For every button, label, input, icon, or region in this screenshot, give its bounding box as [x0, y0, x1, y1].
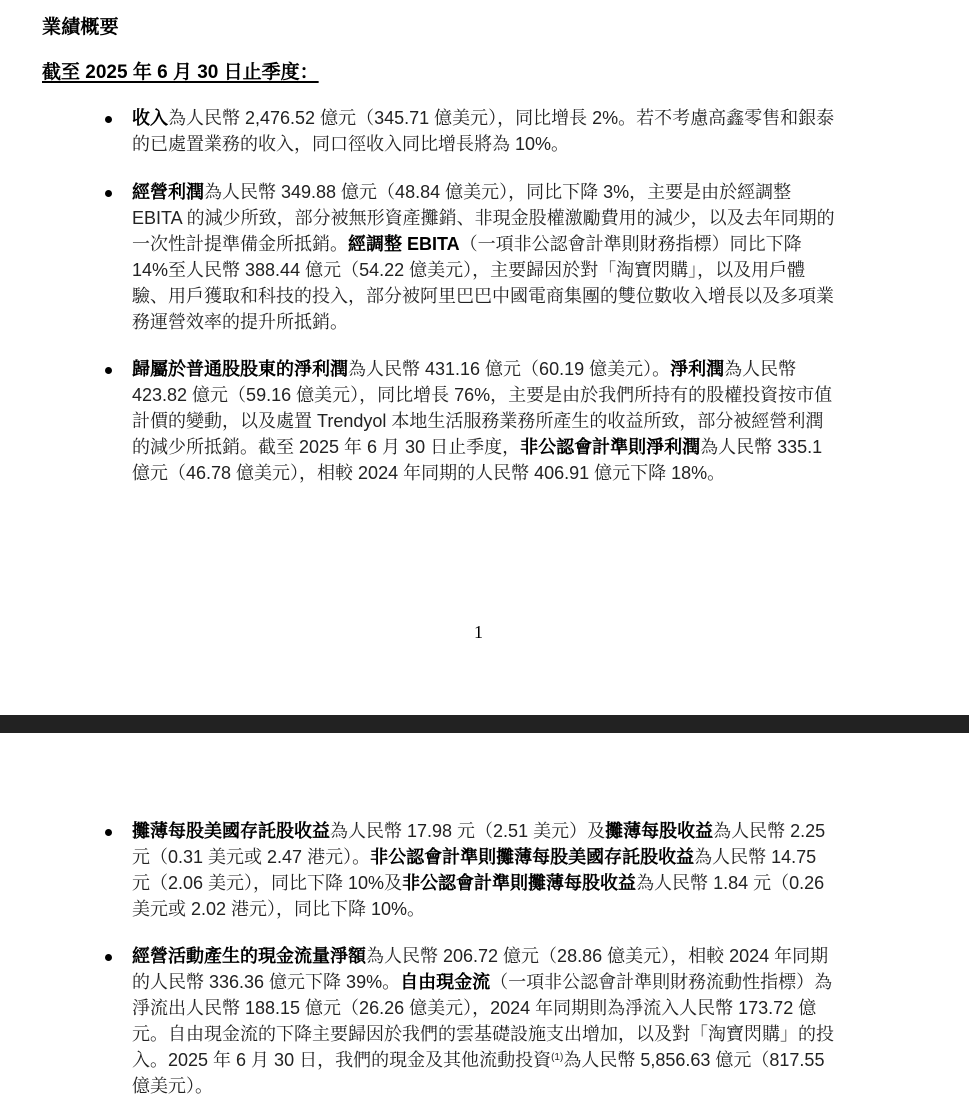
bullet-cash-flow: 經營活動產生的現金流量淨額為人民幣 206.72 億元（28.86 億美元），相… [132, 944, 922, 1099]
bullet-dot-icon [105, 190, 112, 197]
text-line: 的已處置業務的收入，同口徑收入同比增長將為 10%。 [132, 132, 922, 158]
text-run: 一次性計提準備金所抵銷。 [132, 234, 348, 254]
bullet-diluted-eps: 攤薄每股美國存託股收益為人民幣 17.98 元（2.51 美元）及攤薄每股收益為… [132, 819, 922, 923]
section-title: 業績概要 [42, 15, 119, 41]
text-line: 經營活動產生的現金流量淨額為人民幣 206.72 億元（28.86 億美元），相… [132, 944, 922, 970]
text-run: 億元（46.78 億美元），相較 2024 年同期的人民幣 406.91 億元下… [132, 463, 725, 483]
text-run: 元（0.31 美元或 2.47 港元）。 [132, 847, 370, 867]
emphasized-term: 自由現金流 [400, 972, 490, 992]
bullet-revenue: 收入為人民幣 2,476.52 億元（345.71 億美元），同比增長 2%。若… [132, 106, 922, 158]
text-run: 的人民幣 336.36 億元下降 39%。 [132, 972, 400, 992]
emphasized-term: 攤薄每股收益 [605, 821, 713, 841]
text-line: 423.82 億元（59.16 億美元），同比增長 76%，主要是由於我們所持有… [132, 383, 922, 409]
emphasized-term: 收入 [132, 108, 168, 128]
text-run: 為人民幣 14.75 [694, 847, 816, 867]
text-line: 的減少所抵銷。截至 2025 年 6 月 30 日止季度，非公認會計準則淨利潤為… [132, 435, 922, 461]
emphasized-term: 經調整 EBITA [348, 234, 460, 254]
emphasized-term: 經營利潤 [132, 182, 204, 202]
emphasized-term: 淨利潤 [670, 359, 724, 379]
text-run: 為人民幣 206.72 億元（28.86 億美元），相較 2024 年同期 [366, 946, 828, 966]
text-line: EBITA 的減少所致，部分被無形資產攤銷、非現金股權激勵費用的減少，以及去年同… [132, 206, 922, 232]
text-line: 攤薄每股美國存託股收益為人民幣 17.98 元（2.51 美元）及攤薄每股收益為… [132, 819, 922, 845]
text-line: 億元（46.78 億美元），相較 2024 年同期的人民幣 406.91 億元下… [132, 461, 922, 487]
text-run: 計價的變動，以及處置 Trendyol 本地生活服務業務所產生的收益所致，部分被… [132, 411, 823, 431]
text-line: 計價的變動，以及處置 Trendyol 本地生活服務業務所產生的收益所致，部分被… [132, 409, 922, 435]
bullet-dot-icon [105, 367, 112, 374]
document-page-1: 業績概要 截至 2025 年 6 月 30 日止季度： 收入為人民幣 2,476… [0, 0, 969, 715]
text-run: 入。2025 年 6 月 30 日，我們的現金及其他流動投資 [132, 1050, 551, 1070]
text-run: 為人民幣 335.1 [700, 437, 822, 457]
text-run: 為人民幣 2.25 [713, 821, 825, 841]
text-run: 淨流出人民幣 188.15 億元（26.26 億美元），2024 年同期則為淨流… [132, 998, 816, 1018]
bullet-dot-icon [105, 116, 112, 123]
text-run: EBITA 的減少所致，部分被無形資產攤銷、非現金股權激勵費用的減少，以及去年同… [132, 208, 835, 228]
bullet-text: 經營活動產生的現金流量淨額為人民幣 206.72 億元（28.86 億美元），相… [132, 944, 922, 1099]
text-run: 務運營效率的提升所抵銷。 [132, 312, 348, 332]
text-run: 元（2.06 美元），同比下降 10%及 [132, 873, 402, 893]
text-line: 入。2025 年 6 月 30 日，我們的現金及其他流動投資(1)為人民幣 5,… [132, 1048, 922, 1074]
text-line: 元（0.31 美元或 2.47 港元）。非公認會計準則攤薄每股美國存託股收益為人… [132, 845, 922, 871]
text-run: 為人民幣 17.98 元（2.51 美元）及 [330, 821, 605, 841]
text-line: 務運營效率的提升所抵銷。 [132, 310, 922, 336]
text-line: 元（2.06 美元），同比下降 10%及非公認會計準則攤薄每股收益為人民幣 1.… [132, 871, 922, 897]
text-line: 驗、用戶獲取和科技的投入，部分被阿里巴巴中國電商集團的雙位數收入增長以及多項業 [132, 284, 922, 310]
bullet-text: 收入為人民幣 2,476.52 億元（345.71 億美元），同比增長 2%。若… [132, 106, 922, 158]
document-page-2: 攤薄每股美國存託股收益為人民幣 17.98 元（2.51 美元）及攤薄每股收益為… [0, 733, 969, 1104]
text-line: 收入為人民幣 2,476.52 億元（345.71 億美元），同比增長 2%。若… [132, 106, 922, 132]
page-number: 1 [474, 622, 483, 643]
text-line: 14%至人民幣 388.44 億元（54.22 億美元），主要歸因於對「淘寶閃購… [132, 258, 922, 284]
text-run: （一項非公認會計準則財務流動性指標）為 [490, 972, 832, 992]
emphasized-term: 非公認會計準則攤薄每股收益 [402, 873, 636, 893]
footnote-marker: (1) [551, 1052, 563, 1063]
text-run: 為人民幣 1.84 元（0.26 [636, 873, 824, 893]
emphasized-term: 非公認會計準則淨利潤 [520, 437, 700, 457]
period-subtitle: 截至 2025 年 6 月 30 日止季度： [42, 60, 319, 86]
text-line: 億美元）。 [132, 1074, 922, 1100]
page-separator [0, 715, 969, 733]
text-run: 為人民幣 5,856.63 億元（817.55 [563, 1050, 824, 1070]
text-line: 元。自由現金流的下降主要歸因於我們的雲基礎設施支出增加，以及對「淘寶閃購」的投 [132, 1022, 922, 1048]
bullet-text: 攤薄每股美國存託股收益為人民幣 17.98 元（2.51 美元）及攤薄每股收益為… [132, 819, 922, 923]
text-run: 為人民幣 2,476.52 億元（345.71 億美元），同比增長 2%。若不考… [168, 108, 834, 128]
bullet-text: 經營利潤為人民幣 349.88 億元（48.84 億美元），同比下降 3%，主要… [132, 180, 922, 335]
text-run: 423.82 億元（59.16 億美元），同比增長 76%，主要是由於我們所持有… [132, 385, 832, 405]
text-line: 一次性計提準備金所抵銷。經調整 EBITA（一項非公認會計準則財務指標）同比下降 [132, 232, 922, 258]
text-run: 美元或 2.02 港元），同比下降 10%。 [132, 899, 425, 919]
text-run: 驗、用戶獲取和科技的投入，部分被阿里巴巴中國電商集團的雙位數收入增長以及多項業 [132, 286, 834, 306]
text-run: 為人民幣 431.16 億元（60.19 億美元）。 [348, 359, 670, 379]
text-run: （一項非公認會計準則財務指標）同比下降 [460, 234, 802, 254]
text-run: 為人民幣 349.88 億元（48.84 億美元），同比下降 3%，主要是由於經… [204, 182, 791, 202]
bullet-dot-icon [105, 954, 112, 961]
emphasized-term: 非公認會計準則攤薄每股美國存託股收益 [370, 847, 694, 867]
text-run: 的已處置業務的收入，同口徑收入同比增長將為 10%。 [132, 134, 569, 154]
text-run: 14%至人民幣 388.44 億元（54.22 億美元），主要歸因於對「淘寶閃購… [132, 260, 805, 280]
text-line: 淨流出人民幣 188.15 億元（26.26 億美元），2024 年同期則為淨流… [132, 996, 922, 1022]
bullet-text: 歸屬於普通股股東的淨利潤為人民幣 431.16 億元（60.19 億美元）。淨利… [132, 357, 922, 487]
text-line: 經營利潤為人民幣 349.88 億元（48.84 億美元），同比下降 3%，主要… [132, 180, 922, 206]
emphasized-term: 攤薄每股美國存託股收益 [132, 821, 330, 841]
text-line: 歸屬於普通股股東的淨利潤為人民幣 431.16 億元（60.19 億美元）。淨利… [132, 357, 922, 383]
emphasized-term: 歸屬於普通股股東的淨利潤 [132, 359, 348, 379]
text-line: 的人民幣 336.36 億元下降 39%。自由現金流（一項非公認會計準則財務流動… [132, 970, 922, 996]
bullet-operating-income: 經營利潤為人民幣 349.88 億元（48.84 億美元），同比下降 3%，主要… [132, 180, 922, 335]
text-run: 為人民幣 [724, 359, 796, 379]
bullet-dot-icon [105, 829, 112, 836]
text-line: 美元或 2.02 港元），同比下降 10%。 [132, 897, 922, 923]
text-run: 的減少所抵銷。截至 2025 年 6 月 30 日止季度， [132, 437, 520, 457]
bullet-net-income: 歸屬於普通股股東的淨利潤為人民幣 431.16 億元（60.19 億美元）。淨利… [132, 357, 922, 487]
text-run: 元。自由現金流的下降主要歸因於我們的雲基礎設施支出增加，以及對「淘寶閃購」的投 [132, 1024, 834, 1044]
text-run: 億美元）。 [132, 1076, 213, 1096]
emphasized-term: 經營活動產生的現金流量淨額 [132, 946, 366, 966]
